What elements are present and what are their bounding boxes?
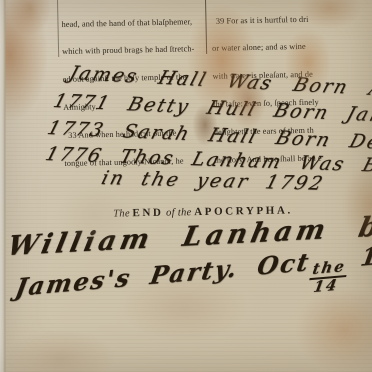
- book-page-photo: head, and the hand of that blaſphemer, w…: [0, 0, 372, 372]
- photo-vignette: [0, 0, 372, 372]
